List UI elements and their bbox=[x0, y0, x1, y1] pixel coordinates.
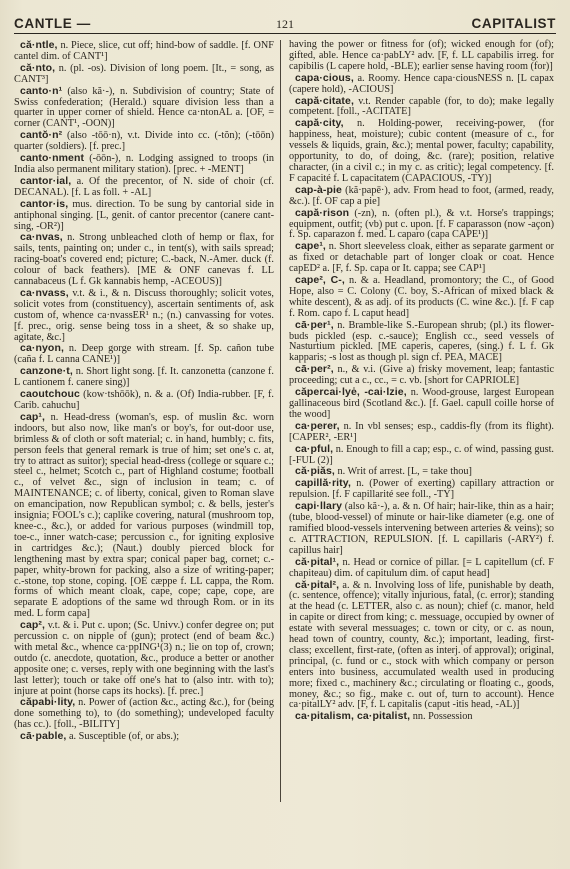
dictionary-entry: cap¹, n. Head-dress (woman's, esp. of mu… bbox=[14, 412, 274, 620]
entry-headword: cantŏ·n² bbox=[20, 129, 62, 141]
entry-headword: cā·per¹, bbox=[295, 319, 334, 331]
entry-headword: căpercai·lyė, -cai·lzie, bbox=[295, 386, 407, 398]
dictionary-entry: cantŏ·n² (also -tōō·n), v.t. Divide into… bbox=[14, 130, 274, 153]
dictionary-entry: ca·pitalism, ca·pitalist, nn. Possession bbox=[289, 711, 554, 723]
right-guide-word: CAPITALIST bbox=[472, 16, 557, 31]
dictionary-entry: canzone·t, n. Short light song. [f. It. … bbox=[14, 366, 274, 389]
entry-definition: n. Writ of arrest. [L, = take thou] bbox=[335, 466, 472, 477]
entry-definition: a. & n. Involving loss of life, punishab… bbox=[289, 580, 554, 711]
dictionary-entry: cantor·is, mus. direction. To be sung by… bbox=[14, 199, 274, 233]
header-rule bbox=[14, 33, 556, 34]
dictionary-entry: canto·nment (-ōōn-), n. Lodging assigned… bbox=[14, 153, 274, 176]
entry-definition: v.t. & i. Put c. upon; (Sc. Univv.) conf… bbox=[14, 620, 274, 696]
dictionary-entry: cā·per², n., & v.i. (Give a) frisky move… bbox=[289, 364, 554, 387]
entry-definition: having the power or fitness for (of); wi… bbox=[289, 39, 554, 72]
dictionary-entry: cā·per¹, n. Bramble-like S.-European shr… bbox=[289, 320, 554, 365]
entry-headword: cā·pable, bbox=[20, 730, 66, 742]
left-column: că·ntle, n. Piece, slice, cut off; hind-… bbox=[14, 40, 274, 743]
dictionary-entry: cā·pable, a. Susceptible (of, or abs.); bbox=[14, 731, 274, 743]
entry-headword: cap-à-pie bbox=[295, 184, 342, 196]
dictionary-entry: căpabi·lity, n. Power of (action &c., ac… bbox=[14, 697, 274, 731]
dictionary-entry: cap-à-pie (kă·papē·), adv. From head to … bbox=[289, 185, 554, 208]
entry-headword: ca·pful, bbox=[295, 443, 333, 455]
dictionary-entry: canto·n¹ (also kă·-), n. Subdivision of … bbox=[14, 86, 274, 131]
entry-definition: nn. Possession bbox=[410, 711, 472, 722]
entry-definition: a. Susceptible (of, or abs.); bbox=[66, 731, 179, 742]
entry-headword: ca·perer, bbox=[295, 420, 340, 432]
entry-headword: cantor·ial, bbox=[20, 175, 71, 187]
entry-headword: capillă·rity, bbox=[295, 477, 351, 489]
entry-definition: n. Head-dress (woman's, esp. of muslin &… bbox=[14, 412, 274, 619]
dictionary-entry: caoutchouc (kow·tshōōk), n. & a. (Of) In… bbox=[14, 389, 274, 412]
entry-headword: cantor·is, bbox=[20, 198, 68, 210]
right-column: having the power or fitness for (of); wi… bbox=[289, 40, 554, 723]
dictionary-entry: ca·nvass, v.t. & i., & n. Discuss thorou… bbox=[14, 288, 274, 344]
dictionary-entry: cape², C-, n. & a. Headland, promontory;… bbox=[289, 275, 554, 320]
dictionary-entry: having the power or fitness for (of); wi… bbox=[289, 40, 554, 73]
entry-definition: n. Short sleeveless cloak, either as sep… bbox=[289, 241, 554, 274]
dictionary-entry: căpercai·lyė, -cai·lzie, n. Wood-grouse,… bbox=[289, 387, 554, 421]
dictionary-entry: că·nto, n. (pl. -os). Division of long p… bbox=[14, 63, 274, 86]
entry-headword: cā·per², bbox=[295, 363, 334, 375]
entry-headword: că·pital¹, bbox=[295, 556, 339, 568]
entry-headword: că·piăs, bbox=[295, 465, 335, 477]
page-number: 121 bbox=[276, 17, 294, 32]
entry-headword: ca·nvas, bbox=[20, 231, 63, 243]
dictionary-entry: capa·cious, a. Roomy. Hence capa·ciousNE… bbox=[289, 73, 554, 96]
dictionary-entry: că·pital¹, n. Head or cornice of pillar.… bbox=[289, 557, 554, 580]
entry-headword: capă·city, bbox=[295, 117, 344, 129]
entry-headword: ca·pitalism, ca·pitalist, bbox=[295, 710, 410, 722]
running-header: CANTLE — 121 CAPITALIST bbox=[14, 16, 556, 34]
dictionary-entry: cape¹, n. Short sleeveless cloak, either… bbox=[289, 241, 554, 275]
dictionary-entry: capă·citate, v.t. Render capable (for, t… bbox=[289, 96, 554, 119]
entry-headword: caoutchouc bbox=[20, 388, 80, 400]
entry-headword: canzone·t, bbox=[20, 365, 73, 377]
dictionary-entry: capi·llary (also kă·-), a. & n. Of hair;… bbox=[289, 501, 554, 557]
column-divider bbox=[280, 40, 281, 802]
entry-headword: că·nto, bbox=[20, 62, 55, 74]
dictionary-entry: că·pital², a. & n. Involving loss of lif… bbox=[289, 580, 554, 712]
entry-headword: capi·llary bbox=[295, 500, 342, 512]
entry-headword: capa·cious, bbox=[295, 72, 354, 84]
entry-headword: cape², C-, bbox=[295, 274, 345, 286]
entry-headword: cape¹, bbox=[295, 240, 326, 252]
entry-headword: cap², bbox=[20, 619, 45, 631]
entry-headword: canto·n¹ bbox=[20, 85, 62, 97]
dictionary-entry: cantor·ial, a. Of the precentor, of N. s… bbox=[14, 176, 274, 199]
entry-headword: cap¹, bbox=[20, 411, 45, 423]
entry-headword: ca·nvass, bbox=[20, 287, 69, 299]
dictionary-entry: capă·city, n. Holding-power, receiving-p… bbox=[289, 118, 554, 184]
dictionary-entry: ca·nyon, n. Deep gorge with stream. [f. … bbox=[14, 343, 274, 366]
dictionary-entry: cap², v.t. & i. Put c. upon; (Sc. Univv.… bbox=[14, 620, 274, 697]
dictionary-entry: capillă·rity, n. (Power of exerting) cap… bbox=[289, 478, 554, 501]
dictionary-entry: că·ntle, n. Piece, slice, cut off; hind-… bbox=[14, 40, 274, 63]
dictionary-entry: capă·rison (-zn), n. (often pl.), & v.t.… bbox=[289, 208, 554, 242]
dictionary-entry: ca·pful, n. Enough to fill a cap; esp., … bbox=[289, 444, 554, 467]
entry-headword: că·pital², bbox=[295, 579, 339, 591]
left-guide-word: CANTLE — bbox=[14, 16, 91, 31]
dictionary-entry: ca·nvas, n. Strong unbleached cloth of h… bbox=[14, 232, 274, 288]
entry-headword: capă·rison bbox=[295, 207, 349, 219]
dictionary-page: CANTLE — 121 CAPITALIST că·ntle, n. Piec… bbox=[0, 0, 570, 869]
entry-headword: ca·nyon, bbox=[20, 342, 64, 354]
entry-headword: căpabi·lity, bbox=[20, 696, 75, 708]
entry-headword: că·ntle, bbox=[20, 39, 58, 51]
dictionary-entry: ca·perer, n. In vbl senses; esp., caddis… bbox=[289, 421, 554, 444]
entry-headword: canto·nment bbox=[20, 152, 84, 164]
entry-headword: capă·citate, bbox=[295, 95, 354, 107]
